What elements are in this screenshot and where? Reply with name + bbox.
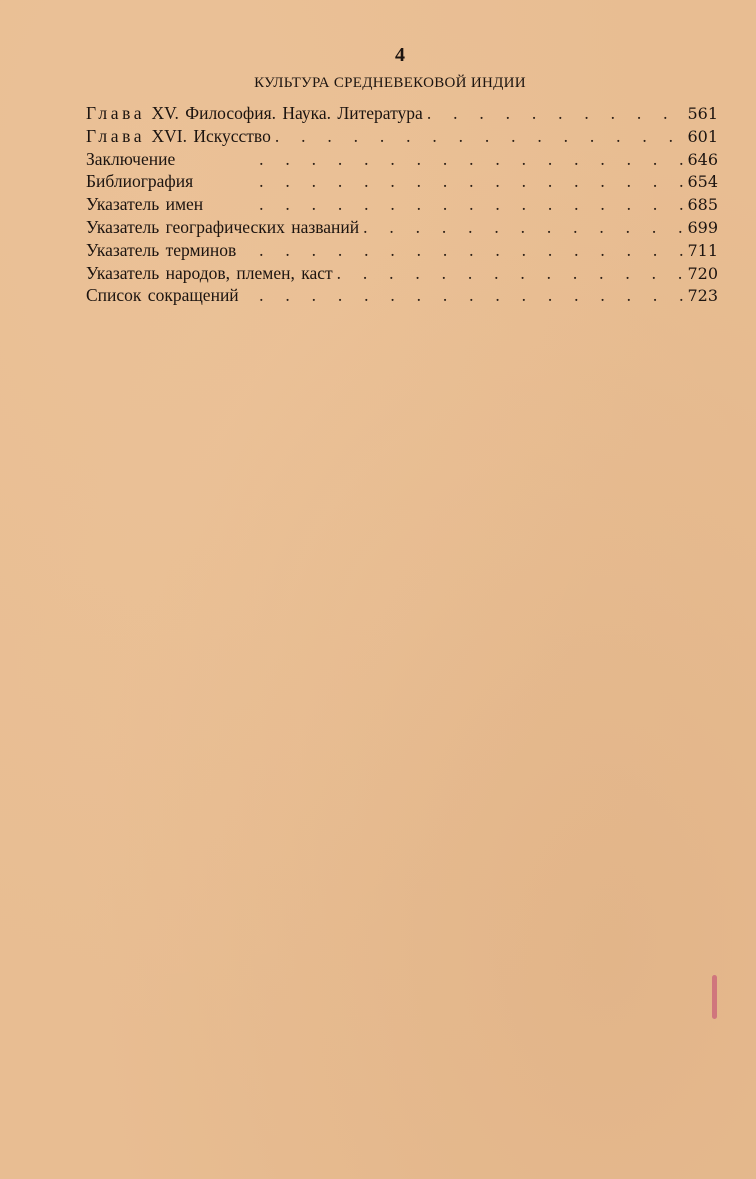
toc-entry-page: 699: [687, 217, 718, 240]
toc-entry-text: XV. Философия. Наука. Литература: [151, 103, 422, 123]
running-head: КУЛЬТУРА СРЕДНЕВЕКОВОЙ ИНДИИ: [0, 75, 756, 92]
toc-entry: Указатель терминов 711: [86, 239, 718, 262]
dot-leader: [333, 262, 688, 285]
dot-leader: [271, 125, 688, 148]
toc-entry-title: Указатель географических названий: [86, 216, 359, 239]
toc-entry-title: Список сокращений: [86, 284, 239, 307]
toc-entry-prefix: Глава: [86, 103, 145, 123]
toc-entry: Глава XV. Философия. Наука. Литература 5…: [86, 102, 718, 125]
toc-entry-title: Глава XVI. Искусство: [86, 125, 271, 148]
toc-entry: Библиография 654: [86, 170, 718, 193]
toc-entry-page: 561: [687, 103, 718, 126]
dot-leader: [239, 284, 688, 307]
dot-leader: [423, 102, 688, 125]
toc-entry-page: 685: [687, 194, 718, 217]
dot-leader: [236, 239, 687, 262]
toc-entry-page: 711: [687, 240, 718, 263]
toc-entry: Список сокращений 723: [86, 284, 718, 307]
toc-entry: Указатель географических названий 699: [86, 216, 718, 239]
toc-entry-title: Библиография: [86, 170, 193, 193]
table-of-contents: Глава XV. Философия. Наука. Литература 5…: [86, 102, 718, 307]
toc-entry-text: XVI. Искусство: [151, 126, 270, 146]
toc-entry-page: 654: [687, 171, 718, 194]
toc-entry-page: 723: [687, 285, 718, 308]
ink-mark: [712, 975, 717, 1019]
dot-leader: [193, 170, 687, 193]
toc-entry-prefix: Глава: [86, 126, 145, 146]
toc-entry: Указатель имен 685: [86, 193, 718, 216]
toc-entry-page: 601: [687, 126, 718, 149]
toc-entry: Глава XVI. Искусство 601: [86, 125, 718, 148]
toc-entry-title: Указатель имен: [86, 193, 203, 216]
toc-entry: Указатель народов, племен, каст 720: [86, 262, 718, 285]
toc-entry-title: Указатель народов, племен, каст: [86, 262, 333, 285]
toc-entry-title: Заключение: [86, 148, 175, 171]
toc-entry: Заключение 646: [86, 148, 718, 171]
toc-entry-page: 720: [687, 263, 718, 286]
toc-entry-title: Указатель терминов: [86, 239, 236, 262]
dot-leader: [203, 193, 687, 216]
toc-entry-title: Глава XV. Философия. Наука. Литература: [86, 102, 423, 125]
dot-leader: [175, 148, 687, 171]
dot-leader: [359, 216, 687, 239]
toc-entry-page: 646: [687, 149, 718, 172]
page-number: 4: [0, 44, 756, 67]
